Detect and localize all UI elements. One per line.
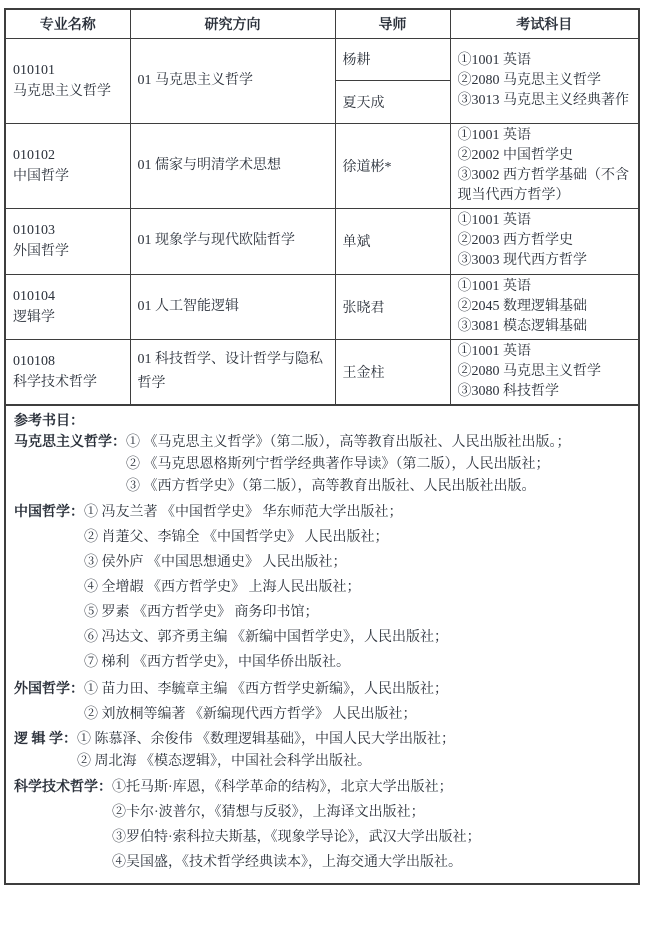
major-code: 010108 [13, 351, 126, 372]
exam-subject: ②2003 西方哲学史 [458, 231, 635, 251]
reference-item: ④ 全增嘏 《西方哲学史》 上海人民出版社； [84, 575, 630, 600]
reference-item: ③ 侯外庐 《中国思想通史》 人民出版社； [84, 550, 630, 575]
exam-subject: ①1001 英语 [458, 277, 635, 297]
exam-subject: ②2002 中国哲学史 [458, 146, 635, 166]
major-name: 中国哲学 [13, 166, 126, 187]
reference-category-label: 科学技术哲学： [14, 775, 112, 800]
reference-category-label: 逻 辑 学： [14, 729, 77, 751]
reference-items: ① 陈慕泽、余俊伟 《数理逻辑基础》，中国人民大学出版社；② 周北海 《模态逻辑… [77, 729, 630, 773]
research-direction: 01 科技哲学、设计哲学与隐私哲学 [130, 339, 335, 404]
reference-section: 科学技术哲学：①托马斯·库恩，《科学革命的结构》，北京大学出版社；②卡尔·波普尔… [14, 775, 630, 875]
document-frame: 专业名称研究方向导师考试科目 010101马克思主义哲学01 马克思主义哲学杨耕… [4, 8, 640, 885]
major-cell: 010108科学技术哲学 [6, 339, 130, 404]
reference-item: ① 《马克思主义哲学》（第二版），高等教育出版社、人民出版社出版。； [126, 432, 630, 454]
exam-subject: ①1001 英语 [458, 211, 635, 231]
major-name: 科学技术哲学 [13, 372, 126, 393]
reference-section: 外国哲学：① 苗力田、李毓章主编 《西方哲学史新编》，人民出版社；② 刘放桐等编… [14, 677, 630, 727]
major-name: 外国哲学 [13, 241, 126, 262]
reference-items: ①托马斯·库恩，《科学革命的结构》，北京大学出版社；②卡尔·波普尔，《猜想与反驳… [112, 775, 630, 875]
reference-item: ②卡尔·波普尔，《猜想与反驳》，上海译文出版社； [112, 800, 630, 825]
column-header: 专业名称 [6, 10, 130, 38]
exam-subject: ①1001 英语 [458, 51, 635, 71]
programs-table: 专业名称研究方向导师考试科目 010101马克思主义哲学01 马克思主义哲学杨耕… [6, 10, 638, 405]
advisor-name: 张晓君 [336, 297, 450, 317]
research-direction: 01 马克思主义哲学 [130, 38, 335, 123]
major-cell: 010103外国哲学 [6, 208, 130, 274]
exam-subject: ③3081 模态逻辑基础 [458, 317, 635, 337]
reference-item: ④吴国盛，《技术哲学经典读本》，上海交通大学出版社。 [112, 850, 630, 875]
major-name: 马克思主义哲学 [13, 81, 126, 102]
major-cell: 010101马克思主义哲学 [6, 38, 130, 123]
exam-subject: ③3013 马克思主义经典著作 [458, 91, 635, 111]
reference-section: 马克思主义哲学：① 《马克思主义哲学》（第二版），高等教育出版社、人民出版社出版… [14, 432, 630, 498]
advisor-cell: 张晓君 [335, 274, 450, 339]
column-header: 考试科目 [450, 10, 638, 38]
exam-subjects-cell: ①1001 英语②2003 西方哲学史③3003 现代西方哲学 [450, 208, 638, 274]
reference-item: ② 肖萐父、李锦全 《中国哲学史》 人民出版社； [84, 525, 630, 550]
exam-subject: ①1001 英语 [458, 342, 635, 362]
reference-item: ⑦ 梯利 《西方哲学史》，中国华侨出版社。 [84, 650, 630, 675]
reference-item: ① 苗力田、李毓章主编 《西方哲学史新编》，人民出版社； [84, 677, 630, 702]
reference-items: ① 苗力田、李毓章主编 《西方哲学史新编》，人民出版社；② 刘放桐等编著 《新编… [84, 677, 630, 727]
exam-subject: ②2080 马克思主义哲学 [458, 362, 635, 382]
references-box: 参考书目： 马克思主义哲学：① 《马克思主义哲学》（第二版），高等教育出版社、人… [6, 405, 638, 883]
reference-section: 中国哲学：① 冯友兰著 《中国哲学史》 华东师范大学出版社；② 肖萐父、李锦全 … [14, 500, 630, 675]
advisor-name: 夏天成 [336, 81, 450, 123]
exam-subject: ①1001 英语 [458, 126, 635, 146]
advisor-name: 杨耕 [336, 39, 450, 81]
table-row: 010103外国哲学01 现象学与现代欧陆哲学单斌①1001 英语②2003 西… [6, 208, 638, 274]
research-direction: 01 现象学与现代欧陆哲学 [130, 208, 335, 274]
exam-subjects-cell: ①1001 英语②2080 马克思主义哲学③3080 科技哲学 [450, 339, 638, 404]
column-header: 研究方向 [130, 10, 335, 38]
major-code: 010104 [13, 286, 126, 307]
advisor-name: 徐道彬* [336, 156, 450, 176]
table-row: 010104逻辑学01 人工智能逻辑张晓君①1001 英语②2045 数理逻辑基… [6, 274, 638, 339]
table-header-row: 专业名称研究方向导师考试科目 [6, 10, 638, 38]
exam-subjects-cell: ①1001 英语②2080 马克思主义哲学③3013 马克思主义经典著作 [450, 38, 638, 123]
exam-subject: ②2080 马克思主义哲学 [458, 71, 635, 91]
reference-items: ① 冯友兰著 《中国哲学史》 华东师范大学出版社；② 肖萐父、李锦全 《中国哲学… [84, 500, 630, 675]
reference-item: ① 冯友兰著 《中国哲学史》 华东师范大学出版社； [84, 500, 630, 525]
research-direction: 01 儒家与明清学术思想 [130, 123, 335, 208]
major-cell: 010102中国哲学 [6, 123, 130, 208]
major-code: 010102 [13, 145, 126, 166]
table-row: 010108科学技术哲学01 科技哲学、设计哲学与隐私哲学王金柱①1001 英语… [6, 339, 638, 404]
reference-item: ⑤ 罗素 《西方哲学史》 商务印书馆； [84, 600, 630, 625]
reference-items: ① 《马克思主义哲学》（第二版），高等教育出版社、人民出版社出版。；② 《马克思… [126, 432, 630, 498]
advisor-name: 单斌 [336, 231, 450, 251]
table-row: 010101马克思主义哲学01 马克思主义哲学杨耕夏天成①1001 英语②208… [6, 38, 638, 123]
reference-item: ① 陈慕泽、余俊伟 《数理逻辑基础》，中国人民大学出版社； [77, 729, 630, 751]
references-title: 参考书目： [14, 412, 630, 432]
reference-item: ② 刘放桐等编著 《新编现代西方哲学》 人民出版社； [84, 702, 630, 727]
reference-item: ③罗伯特·索科拉夫斯基，《现象学导论》，武汉大学出版社； [112, 825, 630, 850]
reference-category-label: 中国哲学： [14, 500, 84, 525]
exam-subject: ②2045 数理逻辑基础 [458, 297, 635, 317]
exam-subjects-cell: ①1001 英语②2045 数理逻辑基础③3081 模态逻辑基础 [450, 274, 638, 339]
reference-item: ② 周北海 《模态逻辑》，中国社会科学出版社。 [77, 751, 630, 773]
research-direction: 01 人工智能逻辑 [130, 274, 335, 339]
advisor-cell: 杨耕夏天成 [335, 38, 450, 123]
advisor-name: 王金柱 [336, 362, 450, 382]
exam-subject: ③3080 科技哲学 [458, 382, 635, 402]
column-header: 导师 [335, 10, 450, 38]
table-row: 010102中国哲学01 儒家与明清学术思想徐道彬*①1001 英语②2002 … [6, 123, 638, 208]
advisor-cell: 徐道彬* [335, 123, 450, 208]
major-cell: 010104逻辑学 [6, 274, 130, 339]
references-sections: 马克思主义哲学：① 《马克思主义哲学》（第二版），高等教育出版社、人民出版社出版… [14, 432, 630, 875]
exam-subjects-cell: ①1001 英语②2002 中国哲学史③3002 西方哲学基础（不含现当代西方哲… [450, 123, 638, 208]
reference-category-label: 外国哲学： [14, 677, 84, 702]
major-code: 010103 [13, 220, 126, 241]
reference-item: ② 《马克思恩格斯列宁哲学经典著作导读》（第二版），人民出版社； [126, 454, 630, 476]
exam-subject: ③3003 现代西方哲学 [458, 251, 635, 271]
reference-section: 逻 辑 学：① 陈慕泽、余俊伟 《数理逻辑基础》，中国人民大学出版社；② 周北海… [14, 729, 630, 773]
reference-item: ①托马斯·库恩，《科学革命的结构》，北京大学出版社； [112, 775, 630, 800]
major-name: 逻辑学 [13, 307, 126, 328]
major-code: 010101 [13, 60, 126, 81]
exam-subject: ③3002 西方哲学基础（不含现当代西方哲学） [458, 166, 635, 206]
reference-item: ⑥ 冯达文、郭齐勇主编 《新编中国哲学史》，人民出版社； [84, 625, 630, 650]
reference-category-label: 马克思主义哲学： [14, 432, 126, 454]
reference-item: ③ 《西方哲学史》（第二版），高等教育出版社、人民出版社出版。 [126, 476, 630, 498]
advisor-cell: 王金柱 [335, 339, 450, 404]
advisor-cell: 单斌 [335, 208, 450, 274]
